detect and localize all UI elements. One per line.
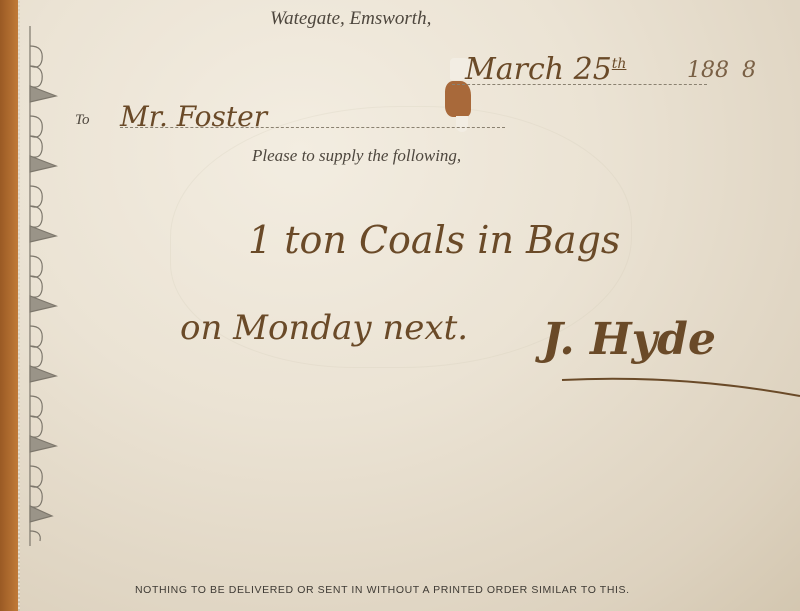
date-ordinal: th [612, 56, 627, 72]
paper-tear-tip [456, 116, 468, 132]
recipient-prefix: To [75, 112, 89, 129]
recipient-dotted-line [120, 127, 505, 128]
date-text: March 25 [465, 52, 612, 87]
instruction-text: Please to supply the following, [252, 146, 461, 166]
date-year: 188 8 [687, 58, 756, 83]
year-printed: 188 [687, 58, 729, 83]
order-form-paper: Wategate, Emsworth, March 25th 188 8 To … [18, 0, 800, 611]
order-line-1: 1 ton Coals in Bags [248, 218, 620, 262]
footer-notice: NOTHING TO BE DELIVERED OR SENT IN WITHO… [135, 584, 630, 596]
year-handwritten: 8 [742, 58, 756, 83]
date-month-day: March 25th [465, 52, 626, 87]
order-line-2: on Monday next. [180, 308, 468, 348]
letterhead-address: Wategate, Emsworth, [270, 8, 431, 30]
recipient-name: Mr. Foster [120, 100, 267, 133]
signature-flourish [560, 366, 800, 406]
decorative-border-ornament [20, 26, 68, 546]
date-dotted-line [452, 84, 707, 85]
signature: J. Hyde [542, 314, 716, 365]
